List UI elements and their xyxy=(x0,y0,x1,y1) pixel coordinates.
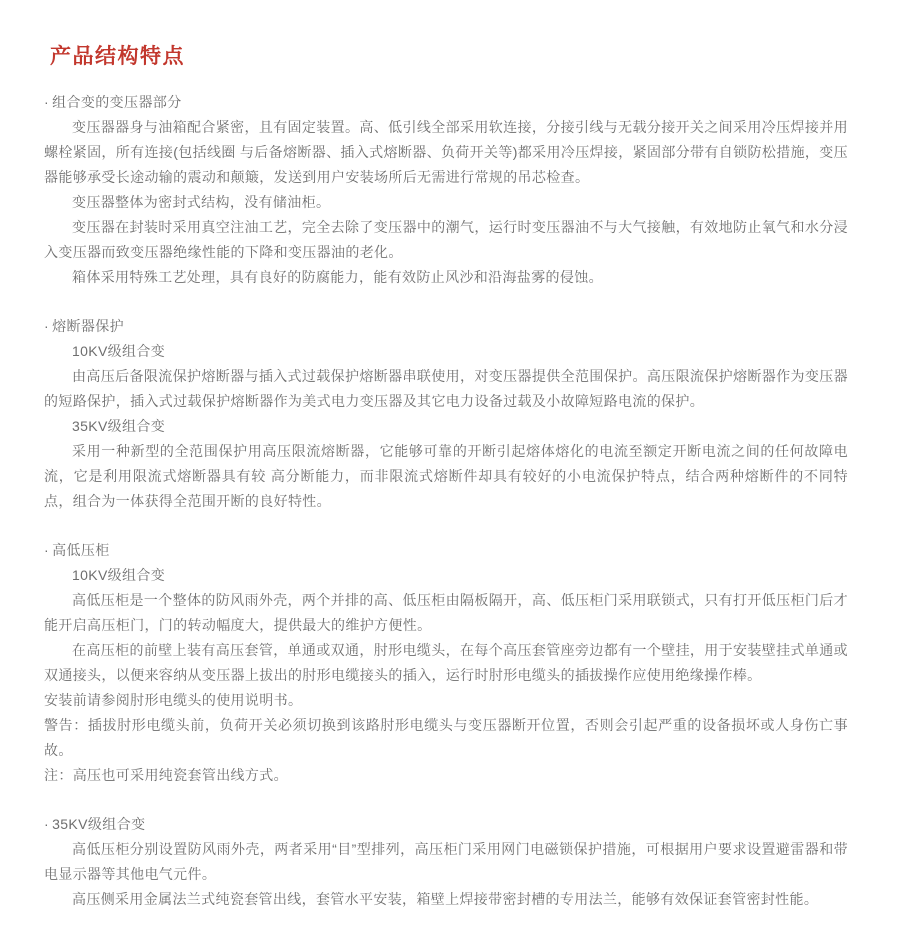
paragraph: 10KV级组合变 xyxy=(44,563,848,588)
section: ·高低压柜10KV级组合变高低压柜是一个整体的防风雨外壳，两个并排的高、低压柜由… xyxy=(44,538,848,788)
bullet-icon: · xyxy=(44,816,49,832)
paragraph: 注：高压也可采用纯瓷套管出线方式。 xyxy=(44,763,848,788)
paragraph: 35KV级组合变 xyxy=(44,414,848,439)
paragraph: 警告：插拔肘形电缆头前，负荷开关必须切换到该路肘形电缆头与变压器断开位置，否则会… xyxy=(44,713,848,763)
document-body: ·组合变的变压器部分变压器器身与油箱配合紧密，且有固定装置。高、低引线全部采用软… xyxy=(44,90,848,912)
paragraph: 变压器在封装时采用真空注油工艺，完全去除了变压器中的潮气，运行时变压器油不与大气… xyxy=(44,215,848,265)
bullet-icon: · xyxy=(44,542,49,558)
section: ·35KV级组合变高低压柜分别设置防风雨外壳，两者采用“目”型排列，高压柜门采用… xyxy=(44,812,848,912)
section-heading: ·高低压柜 xyxy=(44,538,848,563)
paragraph: 由高压后备限流保护熔断器与插入式过载保护熔断器串联使用，对变压器提供全范围保护。… xyxy=(44,364,848,414)
paragraph: 变压器整体为密封式结构，没有储油柜。 xyxy=(44,190,848,215)
section: ·组合变的变压器部分变压器器身与油箱配合紧密，且有固定装置。高、低引线全部采用软… xyxy=(44,90,848,290)
section-heading-label: 高低压柜 xyxy=(52,542,110,558)
paragraph: 高低压柜分别设置防风雨外壳，两者采用“目”型排列，高压柜门采用网门电磁锁保护措施… xyxy=(44,837,848,887)
paragraph: 高压侧采用金属法兰式纯瓷套管出线，套管水平安装，箱壁上焊接带密封槽的专用法兰，能… xyxy=(44,887,848,912)
section-heading-label: 熔断器保护 xyxy=(52,318,124,334)
paragraph: 高低压柜是一个整体的防风雨外壳，两个并排的高、低压柜由隔板隔开，高、低压柜门采用… xyxy=(44,588,848,638)
section-heading: ·组合变的变压器部分 xyxy=(44,90,848,115)
bullet-icon: · xyxy=(44,94,49,110)
paragraph: 箱体采用特殊工艺处理，具有良好的防腐能力，能有效防止风沙和沿海盐雾的侵蚀。 xyxy=(44,265,848,290)
bullet-icon: · xyxy=(44,318,49,334)
page-title: 产品结构特点 xyxy=(50,44,848,70)
paragraph: 变压器器身与油箱配合紧密，且有固定装置。高、低引线全部采用软连接，分接引线与无载… xyxy=(44,115,848,190)
section-heading: ·熔断器保护 xyxy=(44,314,848,339)
paragraph: 采用一种新型的全范围保护用高压限流熔断器，它能够可靠的开断引起熔体熔化的电流至额… xyxy=(44,439,848,514)
section-heading-label: 35KV级组合变 xyxy=(52,816,145,832)
section: ·熔断器保护10KV级组合变由高压后备限流保护熔断器与插入式过载保护熔断器串联使… xyxy=(44,314,848,514)
product-features-document: 产品结构特点 ·组合变的变压器部分变压器器身与油箱配合紧密，且有固定装置。高、低… xyxy=(0,0,900,912)
paragraph: 在高压柜的前壁上装有高压套管，单通或双通，肘形电缆头，在每个高压套管座旁边都有一… xyxy=(44,638,848,688)
paragraph: 10KV级组合变 xyxy=(44,339,848,364)
section-heading: ·35KV级组合变 xyxy=(44,812,848,837)
paragraph: 安装前请参阅肘形电缆头的使用说明书。 xyxy=(44,688,848,713)
section-heading-label: 组合变的变压器部分 xyxy=(52,94,182,110)
